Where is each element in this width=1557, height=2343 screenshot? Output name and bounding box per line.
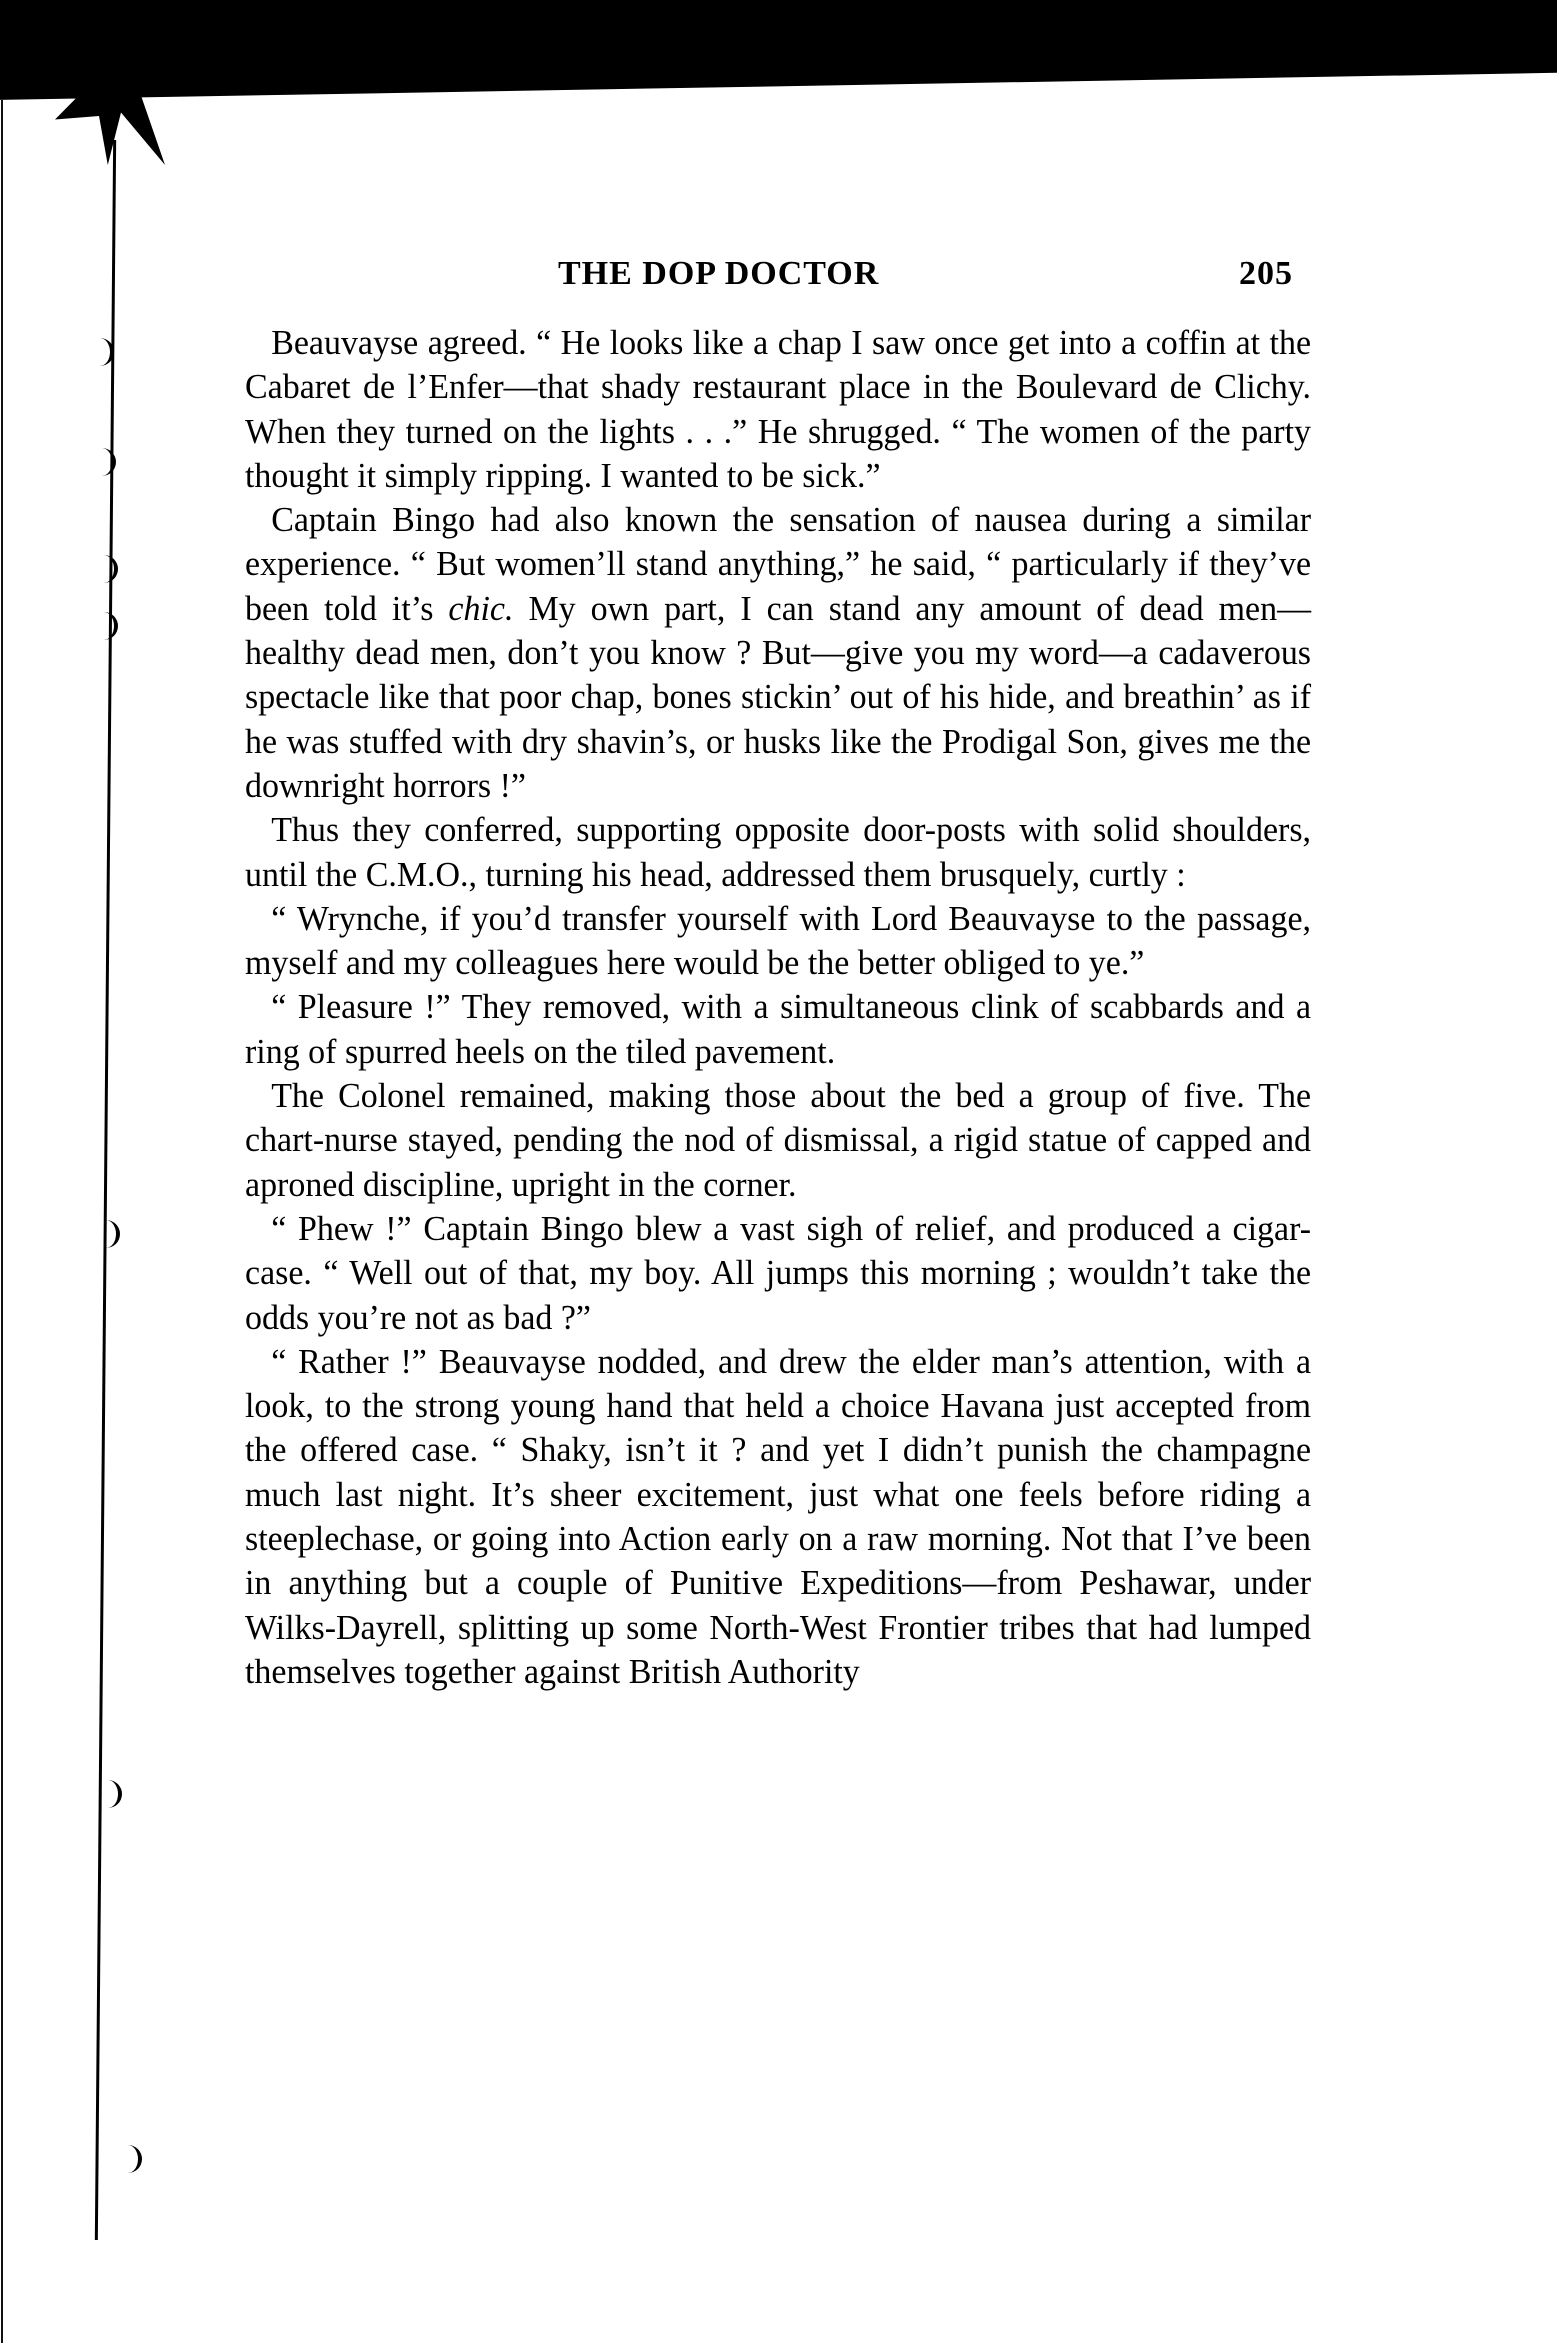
gutter-mark (128, 2145, 142, 2173)
page-number: 205 (1239, 255, 1293, 293)
gutter-mark (106, 1220, 120, 1248)
paragraph: “ Rather !” Beauvayse nodded, and drew t… (245, 1340, 1311, 1694)
paragraph: The Colonel remained, making those about… (245, 1074, 1311, 1207)
binding-thread-mark (55, 95, 165, 165)
scan-left-edge (1, 100, 3, 2343)
italic-word: chic. (448, 589, 513, 628)
running-head: THE DOP DOCTOR 205 (245, 255, 1311, 305)
paragraph: “ Pleasure !” They removed, with a simul… (245, 985, 1311, 1074)
paragraph: “ Wrynche, if you’d transfer yourself wi… (245, 897, 1311, 986)
paragraph: “ Phew !” Captain Bingo blew a vast sigh… (245, 1207, 1311, 1340)
scan-border-top (0, 0, 1557, 104)
gutter-mark (108, 1780, 122, 1808)
paragraph: Captain Bingo had also known the sensati… (245, 498, 1311, 808)
book-page: THE DOP DOCTOR 205 Beauvayse agreed. “ H… (245, 255, 1311, 1694)
paragraph: Beauvayse agreed. “ He looks like a chap… (245, 321, 1311, 498)
running-title: THE DOP DOCTOR (558, 255, 879, 293)
body-text: Beauvayse agreed. “ He looks like a chap… (245, 321, 1311, 1694)
paragraph: Thus they conferred, supporting opposite… (245, 808, 1311, 897)
